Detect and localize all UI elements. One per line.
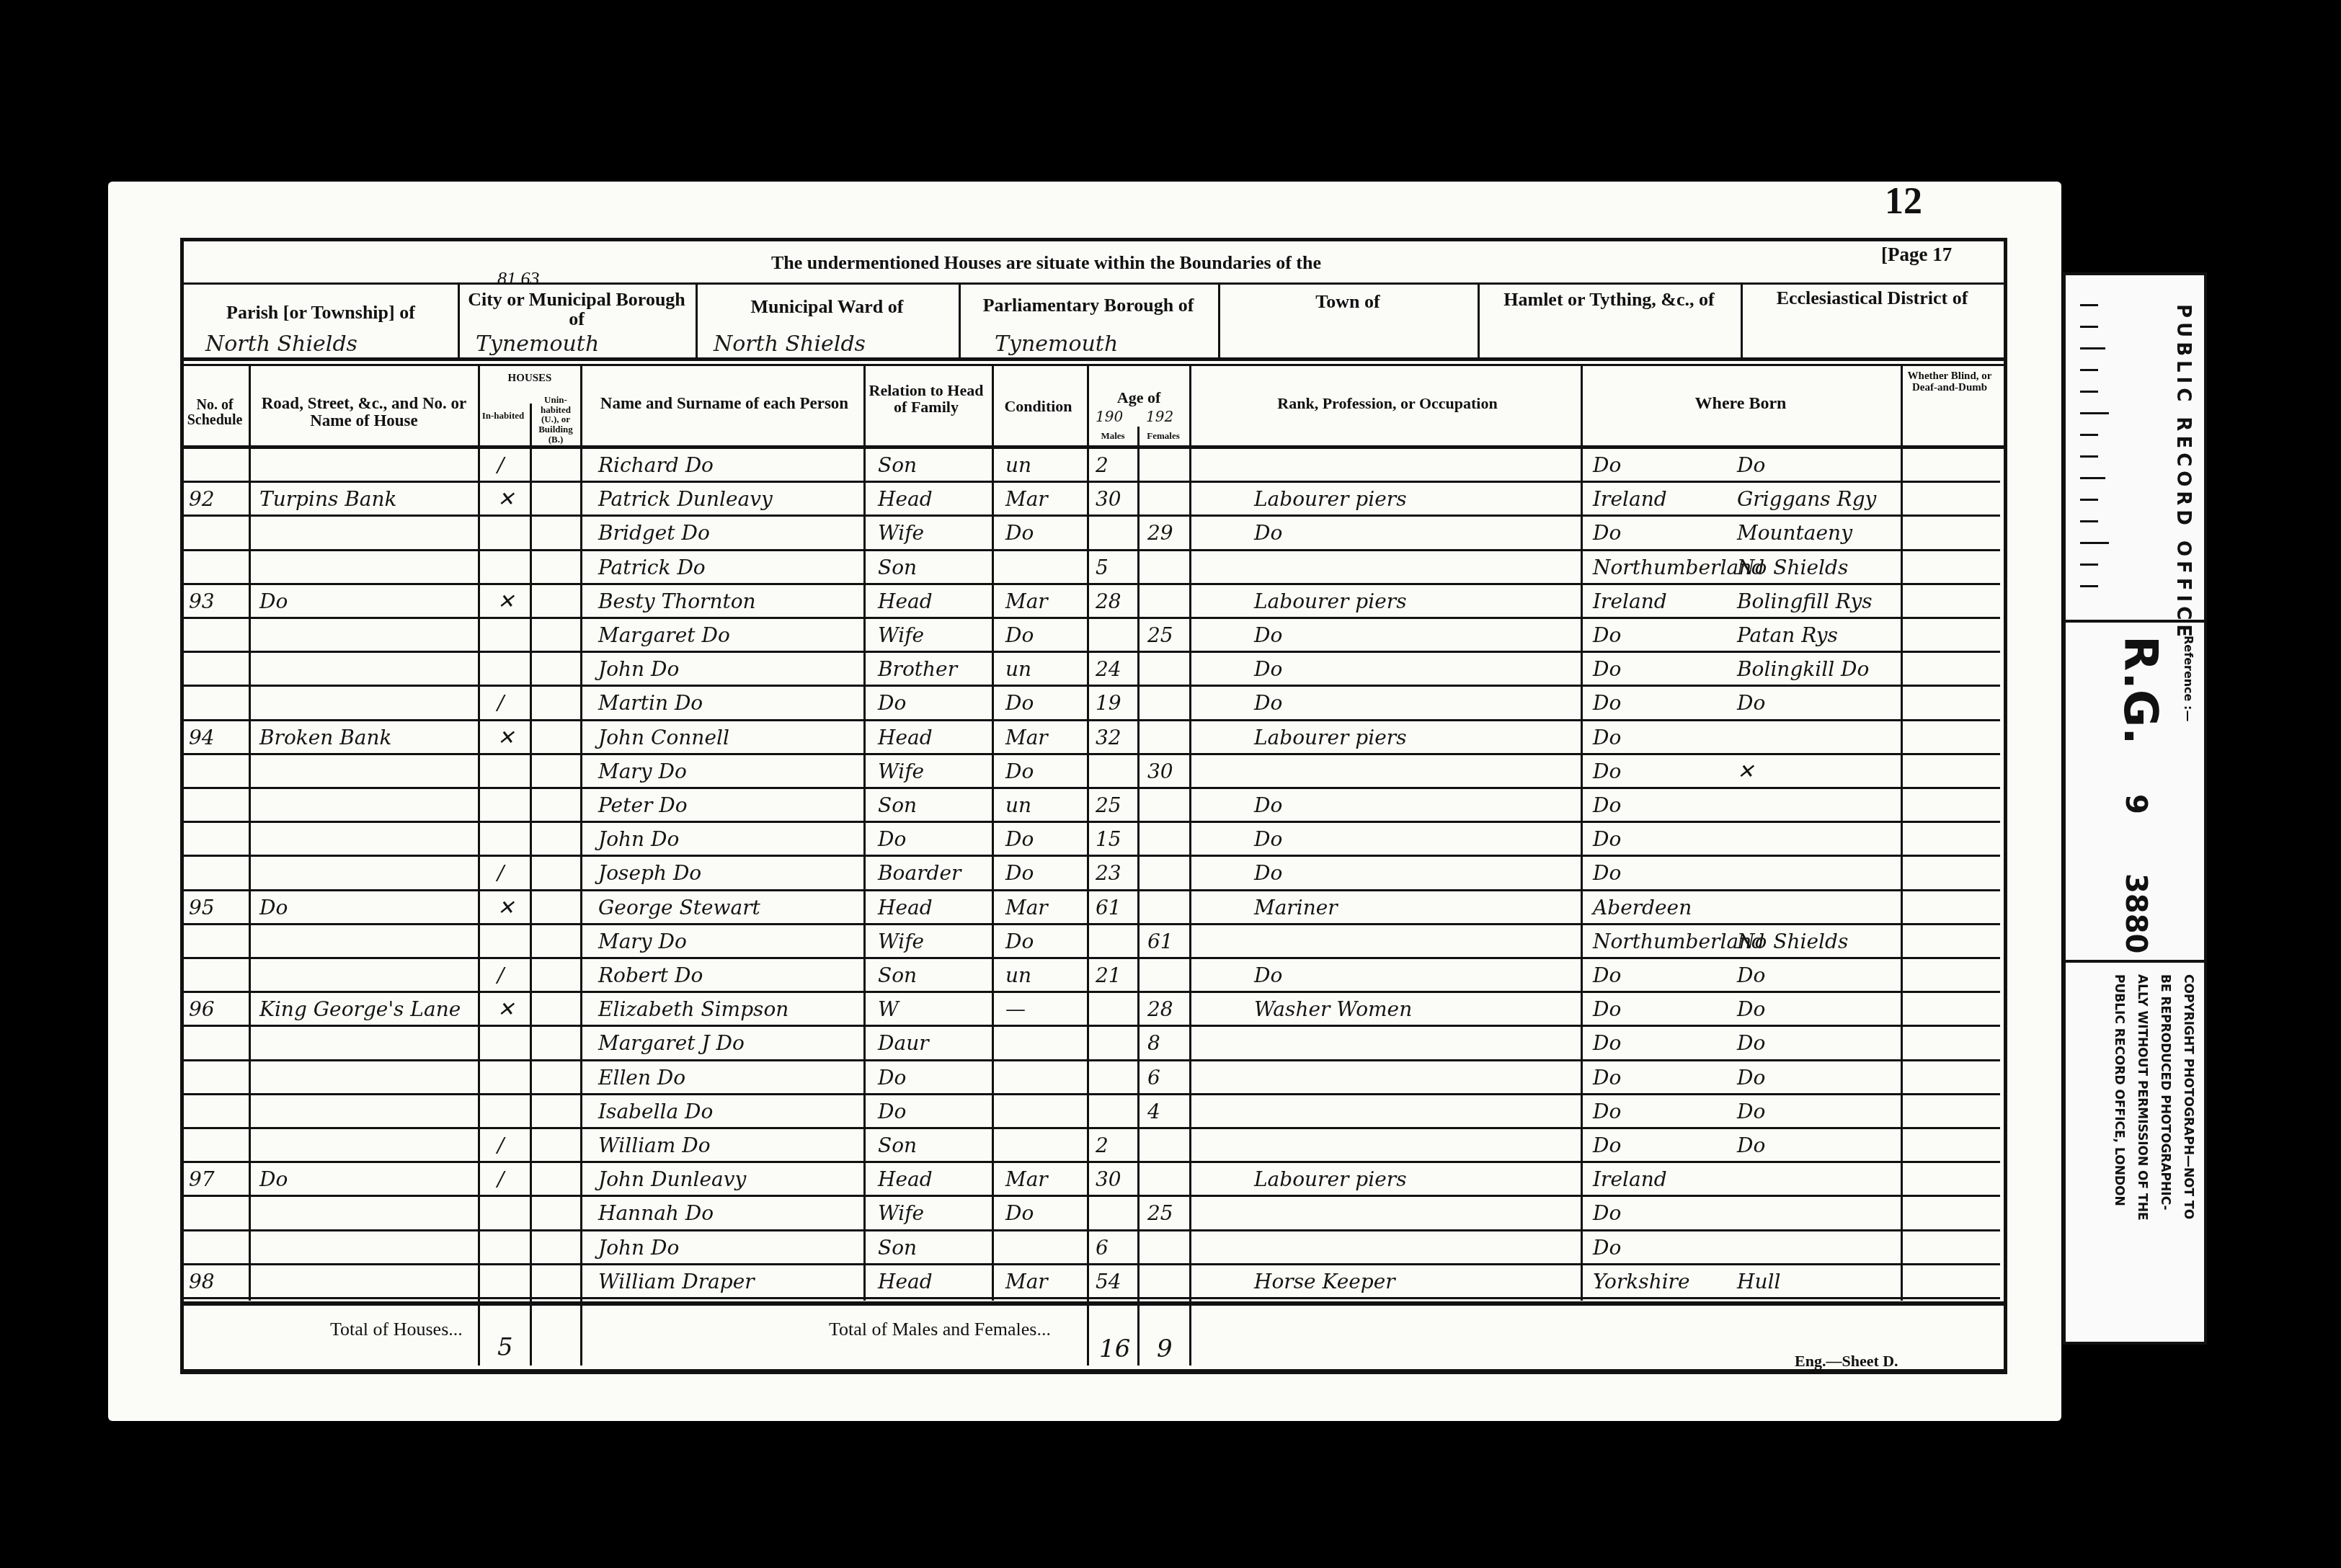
age-male: 25: [1096, 793, 1121, 817]
schedule-number: 94: [189, 726, 215, 749]
condition: un: [1005, 793, 1031, 817]
divider: [1901, 364, 1903, 1301]
copyright-line-1: COPYRIGHT PHOTOGRAPH—NOT TO: [2181, 974, 2195, 1219]
schedule-number: 98: [189, 1270, 215, 1293]
relation-to-head: Son: [878, 1133, 917, 1157]
relation-to-head: W: [878, 997, 899, 1021]
reference-number: 3880: [2119, 873, 2152, 953]
parish-label: Parish [or Township] of: [187, 303, 454, 322]
occupation: Mariner: [1254, 896, 1338, 919]
row-divider: [182, 753, 2000, 755]
relation-to-head: Son: [878, 1236, 917, 1260]
ruler-tick: [2080, 542, 2109, 544]
row-divider: [182, 719, 2000, 721]
inhabited-mark: ✕: [497, 997, 514, 1021]
born-county: Do: [1593, 1031, 1621, 1055]
person-name: John Do: [598, 657, 679, 681]
relation-to-head: Do: [878, 1066, 906, 1090]
col-uninhabited: Unin-habited (U.), or Building (B.): [533, 395, 578, 444]
col-schedule: No. of Schedule: [182, 398, 247, 428]
occupation: Do: [1254, 963, 1282, 987]
born-county: Aberdeen: [1593, 896, 1692, 919]
person-name: Joseph Do: [598, 861, 701, 885]
col-occupation: Rank, Profession, or Occupation: [1193, 395, 1582, 411]
person-name: Martin Do: [598, 691, 703, 715]
divider: [180, 282, 2004, 285]
relation-to-head: Son: [878, 453, 917, 477]
condition: Do: [1005, 521, 1034, 545]
person-name: Mary Do: [598, 930, 687, 953]
divider: [1581, 364, 1583, 1301]
row-divider: [182, 1195, 2000, 1197]
road-name: Do: [259, 1167, 288, 1191]
condition: Mar: [1005, 487, 1048, 511]
relation-to-head: Brother: [878, 657, 957, 681]
born-county: Do: [1593, 1133, 1621, 1157]
schedule-number: 95: [189, 896, 215, 919]
reference-label: Reference :—: [2182, 636, 2195, 721]
born-place: Patan Rys: [1737, 623, 1838, 647]
age-males-total: 190: [1096, 408, 1123, 425]
relation-to-head: Do: [878, 827, 906, 851]
born-county: Do: [1593, 963, 1621, 987]
born-place: Mountaeny: [1737, 521, 1852, 545]
sheet-label: Eng.—Sheet D.: [1795, 1352, 1898, 1371]
person-name: Margaret Do: [598, 623, 730, 647]
row-divider: [182, 514, 2000, 517]
row-divider: [182, 889, 2000, 891]
age-male: 28: [1096, 589, 1121, 613]
boundaries-heading: The undermentioned Houses are situate wi…: [771, 252, 1321, 274]
row-divider: [182, 549, 2000, 551]
divider: [180, 1301, 2004, 1306]
ruler-tick: [2080, 585, 2098, 587]
born-county: Do: [1593, 726, 1621, 749]
condition: Do: [1005, 691, 1034, 715]
total-houses-label: Total of Houses...: [330, 1319, 463, 1340]
born-county: Ireland: [1593, 1167, 1667, 1191]
occupation: Labourer piers: [1254, 487, 1407, 511]
born-place: Do: [1737, 1066, 1765, 1090]
age-male: 30: [1096, 487, 1121, 511]
ruler-tick: [2080, 304, 2098, 306]
occupation: Do: [1254, 521, 1282, 545]
condition: Do: [1005, 930, 1034, 953]
divider: [530, 404, 532, 1366]
parliamentary-label: Parliamentary Borough of: [962, 295, 1214, 315]
occupation: Do: [1254, 861, 1282, 885]
ward-label: Municipal Ward of: [699, 297, 955, 316]
relation-to-head: Son: [878, 556, 917, 579]
condition: un: [1005, 453, 1031, 477]
col-road: Road, Street, &c., and No. or Name of Ho…: [252, 395, 476, 429]
road-name: King George's Lane: [259, 997, 461, 1021]
schedule-number: 93: [189, 589, 215, 613]
condition: Do: [1005, 827, 1034, 851]
age-male: 6: [1096, 1236, 1109, 1260]
col-age: Age of: [1088, 389, 1189, 406]
schedule-number: 97: [189, 1167, 215, 1191]
row-divider: [182, 1297, 2000, 1299]
divider: [992, 364, 994, 1301]
inhabited-mark: ✕: [497, 726, 514, 749]
inhabited-mark: /: [497, 1133, 504, 1157]
row-divider: [182, 1059, 2000, 1061]
born-place: Bolingkill Do: [1737, 657, 1869, 681]
row-divider: [182, 1025, 2000, 1027]
parliamentary-value: Tynemouth: [995, 331, 1118, 357]
occupation: Labourer piers: [1254, 1167, 1407, 1191]
born-county: Yorkshire: [1593, 1270, 1690, 1293]
born-place: Do: [1737, 453, 1765, 477]
divider: [1741, 285, 1743, 359]
born-place: No Shields: [1737, 930, 1848, 953]
divider: [180, 357, 2004, 361]
born-county: Ireland: [1593, 589, 1667, 613]
schedule-number: 96: [189, 997, 215, 1021]
occupation: Horse Keeper: [1254, 1270, 1395, 1293]
inhabited-mark: /: [497, 1167, 504, 1191]
relation-to-head: Son: [878, 793, 917, 817]
condition: un: [1005, 657, 1031, 681]
inhabited-mark: /: [497, 861, 504, 885]
row-divider: [182, 1161, 2000, 1163]
person-name: Bridget Do: [598, 521, 710, 545]
divider: [1478, 285, 1480, 359]
row-divider: [182, 991, 2000, 993]
condition: Mar: [1005, 1270, 1048, 1293]
ruler-tick: [2080, 369, 2098, 371]
row-divider: [182, 617, 2000, 619]
public-record-office-strip: PUBLIC RECORD OFFICE R.G. 9 3880 Referen…: [2063, 272, 2207, 1345]
born-county: Do: [1593, 1066, 1621, 1090]
age-female: 29: [1147, 521, 1173, 545]
inhabited-mark: /: [497, 453, 504, 477]
born-county: Do: [1593, 1100, 1621, 1123]
occupation: Do: [1254, 691, 1282, 715]
relation-to-head: Do: [878, 691, 906, 715]
inhabited-mark: /: [497, 691, 504, 715]
divider: [249, 364, 251, 1301]
relation-to-head: Do: [878, 1100, 906, 1123]
age-female: 4: [1147, 1100, 1160, 1123]
relation-to-head: Wife: [878, 930, 924, 953]
copyright-line-3: ALLY WITHOUT PERMISSION OF THE: [2135, 974, 2149, 1221]
age-female: 25: [1147, 623, 1173, 647]
row-divider: [182, 855, 2000, 857]
born-county: Do: [1593, 453, 1621, 477]
reference-class: R.G.: [2113, 636, 2167, 745]
total-houses-value: 5: [497, 1333, 513, 1362]
occupation: Do: [1254, 827, 1282, 851]
ruler-tick: [2080, 326, 2098, 328]
person-name: Elizabeth Simpson: [598, 997, 789, 1021]
ruler-tick: [2080, 563, 2098, 566]
divider: [959, 285, 961, 359]
person-name: Richard Do: [598, 453, 714, 477]
road-name: Do: [259, 589, 288, 613]
relation-to-head: Boarder: [878, 861, 961, 885]
col-condition: Condition: [993, 398, 1083, 414]
row-divider: [182, 1093, 2000, 1095]
row-divider: [182, 923, 2000, 925]
person-name: Besty Thornton: [598, 589, 756, 613]
divider: [180, 364, 2004, 366]
inhabited-mark: ✕: [497, 896, 514, 919]
age-male: 30: [1096, 1167, 1121, 1191]
age-female: 8: [1147, 1031, 1160, 1055]
born-county: Do: [1593, 861, 1621, 885]
age-male: 61: [1096, 896, 1121, 919]
person-name: Patrick Dunleavy: [598, 487, 773, 511]
divider: [696, 285, 698, 359]
person-name: Isabella Do: [598, 1100, 713, 1123]
born-county: Do: [1593, 827, 1621, 851]
condition: Do: [1005, 861, 1034, 885]
inhabited-mark: /: [497, 963, 504, 987]
inhabited-mark: ✕: [497, 487, 514, 511]
road-name: Do: [259, 896, 288, 919]
occupation: Labourer piers: [1254, 589, 1407, 613]
inhabited-mark: ✕: [497, 589, 514, 613]
born-place: No Shields: [1737, 556, 1848, 579]
divider: [180, 445, 2004, 449]
divider: [863, 364, 866, 1301]
town-label: Town of: [1222, 292, 1474, 311]
hamlet-label: Hamlet or Tything, &c., of: [1481, 290, 1737, 309]
age-male: 5: [1096, 556, 1109, 579]
city-label: City or Municipal Borough of: [461, 290, 692, 329]
row-divider: [182, 685, 2000, 687]
ruler-tick: [2080, 520, 2098, 522]
ruler-tick: [2080, 499, 2098, 501]
divider: [2066, 620, 2204, 623]
condition: Do: [1005, 1201, 1034, 1225]
col-inhabited: In-habited: [481, 411, 525, 421]
page-reference: [Page 17: [1881, 244, 1952, 266]
relation-to-head: Wife: [878, 623, 924, 647]
divider: [1218, 285, 1220, 359]
row-divider: [182, 1229, 2000, 1231]
relation-to-head: Wife: [878, 1201, 924, 1225]
row-divider: [182, 651, 2000, 653]
copyright-line-4: PUBLIC RECORD OFFICE, LONDON: [2112, 974, 2126, 1206]
person-name: John Do: [598, 827, 679, 851]
col-males: Males: [1088, 431, 1137, 441]
person-name: Peter Do: [598, 793, 688, 817]
age-male: 24: [1096, 657, 1121, 681]
occupation: Do: [1254, 793, 1282, 817]
person-name: John Connell: [598, 726, 729, 749]
office-label: PUBLIC RECORD OFFICE: [2172, 304, 2194, 641]
relation-to-head: Head: [878, 1167, 933, 1191]
person-name: Robert Do: [598, 963, 703, 987]
total-persons-label: Total of Males and Females...: [829, 1319, 1051, 1340]
col-females: Females: [1139, 431, 1188, 441]
relation-to-head: Wife: [878, 521, 924, 545]
age-male: 23: [1096, 861, 1121, 885]
divider: [458, 285, 460, 359]
divider: [1137, 427, 1140, 1366]
person-name: Ellen Do: [598, 1066, 685, 1090]
road-name: Turpins Bank: [259, 487, 397, 511]
col-where-born: Where Born: [1582, 395, 1899, 413]
person-name: Mary Do: [598, 759, 687, 783]
born-place: Do: [1737, 1100, 1765, 1123]
age-female: 61: [1147, 930, 1173, 953]
city-value: Tynemouth: [476, 331, 599, 357]
age-females-total: 192: [1146, 408, 1173, 425]
condition: Mar: [1005, 726, 1048, 749]
occupation: Labourer piers: [1254, 726, 1407, 749]
born-place: Do: [1737, 1031, 1765, 1055]
schedule-number: 92: [189, 487, 215, 511]
condition: Mar: [1005, 1167, 1048, 1191]
person-name: John Dunleavy: [598, 1167, 746, 1191]
condition: un: [1005, 963, 1031, 987]
person-name: George Stewart: [598, 896, 760, 919]
born-place: ✕: [1737, 759, 1754, 783]
col-houses: HOUSES: [479, 373, 580, 385]
born-county: Do: [1593, 1236, 1621, 1260]
ruler-tick: [2080, 477, 2105, 479]
condition: Do: [1005, 623, 1034, 647]
born-county: Do: [1593, 623, 1621, 647]
relation-to-head: Wife: [878, 759, 924, 783]
ruler-tick: [2080, 455, 2098, 458]
born-place: Do: [1737, 691, 1765, 715]
total-females: 9: [1157, 1335, 1173, 1363]
ruler-tick: [2080, 391, 2098, 393]
person-name: Patrick Do: [598, 556, 706, 579]
folio-number: 12: [1885, 180, 1922, 223]
person-name: William Do: [598, 1133, 711, 1157]
born-place: Bolingfill Rys: [1737, 589, 1873, 613]
col-infirmity: Whether Blind, or Deaf-and-Dumb: [1903, 371, 1996, 394]
relation-to-head: Daur: [878, 1031, 929, 1055]
ruler-tick: [2080, 434, 2098, 436]
born-county: Do: [1593, 759, 1621, 783]
born-county: Do: [1593, 997, 1621, 1021]
divider: [2066, 960, 2204, 963]
age-female: 25: [1147, 1201, 1173, 1225]
copyright-line-2: BE REPRODUCED PHOTOGRAPHIC-: [2158, 974, 2172, 1211]
row-divider: [182, 583, 2000, 585]
age-male: 2: [1096, 1133, 1109, 1157]
age-male: 21: [1096, 963, 1121, 987]
born-county: Do: [1593, 521, 1621, 545]
row-divider: [182, 1263, 2000, 1265]
parish-value: North Shields: [205, 331, 357, 357]
condition: Do: [1005, 759, 1034, 783]
relation-to-head: Head: [878, 589, 933, 613]
occupation: Do: [1254, 623, 1282, 647]
reference-piece: 9: [2119, 794, 2152, 814]
born-place: Hull: [1737, 1270, 1780, 1293]
condition: Mar: [1005, 896, 1048, 919]
born-place: Do: [1737, 997, 1765, 1021]
age-male: 32: [1096, 726, 1121, 749]
relation-to-head: Head: [878, 487, 933, 511]
ruler-tick: [2080, 412, 2109, 414]
born-place: Do: [1737, 963, 1765, 987]
condition: —: [1005, 997, 1026, 1021]
born-place: Griggans Rgy: [1737, 487, 1876, 511]
row-divider: [182, 821, 2000, 823]
row-divider: [182, 957, 2000, 959]
total-males: 16: [1099, 1335, 1130, 1363]
born-county: Do: [1593, 657, 1621, 681]
born-county: Do: [1593, 691, 1621, 715]
road-name: Broken Bank: [259, 726, 392, 749]
born-place: Do: [1737, 1133, 1765, 1157]
age-male: 2: [1096, 453, 1109, 477]
relation-to-head: Son: [878, 963, 917, 987]
person-name: Hannah Do: [598, 1201, 714, 1225]
row-divider: [182, 481, 2000, 483]
ecclesiastical-label: Ecclesiastical District of: [1744, 288, 2000, 308]
ward-value: North Shields: [714, 331, 866, 357]
person-name: Margaret J Do: [598, 1031, 745, 1055]
row-divider: [182, 787, 2000, 789]
condition: Mar: [1005, 589, 1048, 613]
age-female: 6: [1147, 1066, 1160, 1090]
born-county: Do: [1593, 793, 1621, 817]
occupation: Do: [1254, 657, 1282, 681]
age-male: 19: [1096, 691, 1121, 715]
col-relation: Relation to Head of Family: [865, 382, 987, 415]
born-county: Do: [1593, 1201, 1621, 1225]
col-name: Name and Surname of each Person: [587, 395, 861, 412]
relation-to-head: Head: [878, 726, 933, 749]
age-female: 30: [1147, 759, 1173, 783]
age-female: 28: [1147, 997, 1173, 1021]
row-divider: [182, 1127, 2000, 1129]
relation-to-head: Head: [878, 896, 933, 919]
person-name: John Do: [598, 1236, 679, 1260]
handwritten-folio: 81 63: [497, 268, 540, 290]
relation-to-head: Head: [878, 1270, 933, 1293]
person-name: William Draper: [598, 1270, 755, 1293]
age-male: 15: [1096, 827, 1121, 851]
born-county: Ireland: [1593, 487, 1667, 511]
age-male: 54: [1096, 1270, 1121, 1293]
occupation: Washer Women: [1254, 997, 1412, 1021]
ruler-tick: [2080, 347, 2105, 349]
